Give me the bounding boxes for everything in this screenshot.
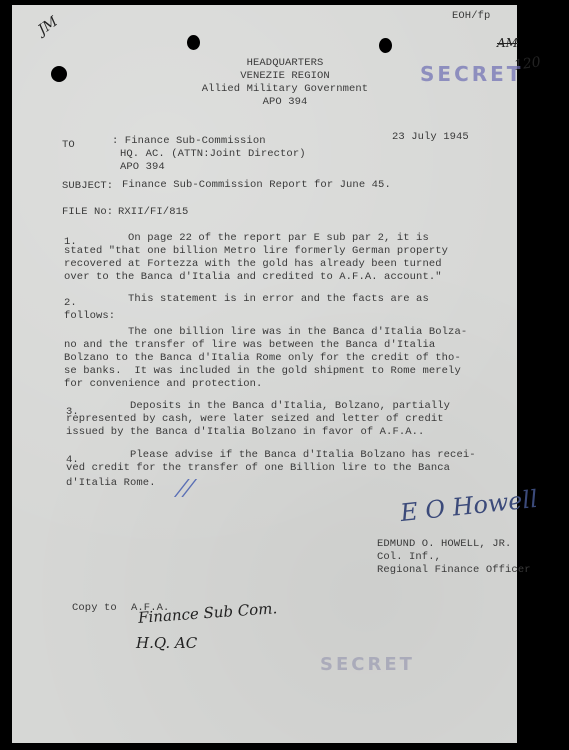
to-line-1: : Finance Sub-Commission [112,135,266,148]
signatory-name: EDMUND O. HOWELL, JR. [377,538,511,551]
secret-stamp-top: SECRET [420,62,523,86]
punch-hole-right [379,38,392,53]
paragraph-4-line: ved credit for the transfer of one Billi… [66,462,450,475]
paragraph-2b-line: The one billion lire was in the Banca d'… [128,326,467,339]
date: 23 July 1945 [392,131,469,144]
secret-stamp-bottom: SECRET [320,654,415,675]
paragraph-4-line: Please advise if the Banca d'Italia Bolz… [130,449,476,462]
signatory-title: Regional Finance Officer [377,564,531,577]
paragraph-1-line: over to the Banca d'Italia and credited … [64,271,442,284]
header-line-3: Allied Military Government [180,83,390,96]
reference-code: EOH/fp [452,10,490,23]
paragraph-2-number: 2. [64,297,77,310]
paragraph-2-line: follows: [64,310,115,323]
struck-number: AM [497,36,518,50]
header-line-1: HEADQUARTERS [180,57,390,70]
paragraph-1-line: recovered at Fortezza with the gold has … [64,258,442,271]
paragraph-2b-line: se banks. It was included in the gold sh… [64,365,461,378]
signatory-rank: Col. Inf., [377,551,441,564]
header-line-4: APO 394 [180,96,390,109]
copy-label: Copy to [72,602,117,615]
file-label: FILE No: [62,206,113,219]
paragraph-1-line: stated "that one billion Metro lire form… [64,245,448,258]
handwritten-copy-line-2: H.Q. AC [136,634,197,652]
paragraph-3-line: Deposits in the Banca d'Italia, Bolzano,… [130,400,450,413]
header-line-2: VENEZIE REGION [180,70,390,83]
paragraph-2b-line: Bolzano to the Banca d'Italia Rome only … [64,352,461,365]
to-label: TO [62,139,75,152]
paragraph-3-line: issued by the Banca d'Italia Bolzano in … [66,426,424,439]
to-line-3: APO 394 [120,161,165,174]
paragraph-1-line: On page 22 of the report par E sub par 2… [128,232,429,245]
paragraph-2b-line: for convenience and protection. [64,378,262,391]
file-number: RXII/FI/815 [118,206,188,219]
punch-hole-left [51,66,67,82]
punch-hole-center [187,35,200,50]
paragraph-3-line: represented by cash, were later seized a… [66,413,444,426]
paragraph-2-line: This statement is in error and the facts… [128,293,429,306]
subject: Finance Sub-Commission Report for June 4… [122,179,391,192]
paragraph-2b-line: no and the transfer of lire was between … [64,339,435,352]
to-line-2: HQ. AC. (ATTN:Joint Director) [120,148,306,161]
subject-label: SUBJECT: [62,180,113,193]
paragraph-4-line: d'Italia Rome. [66,477,156,490]
